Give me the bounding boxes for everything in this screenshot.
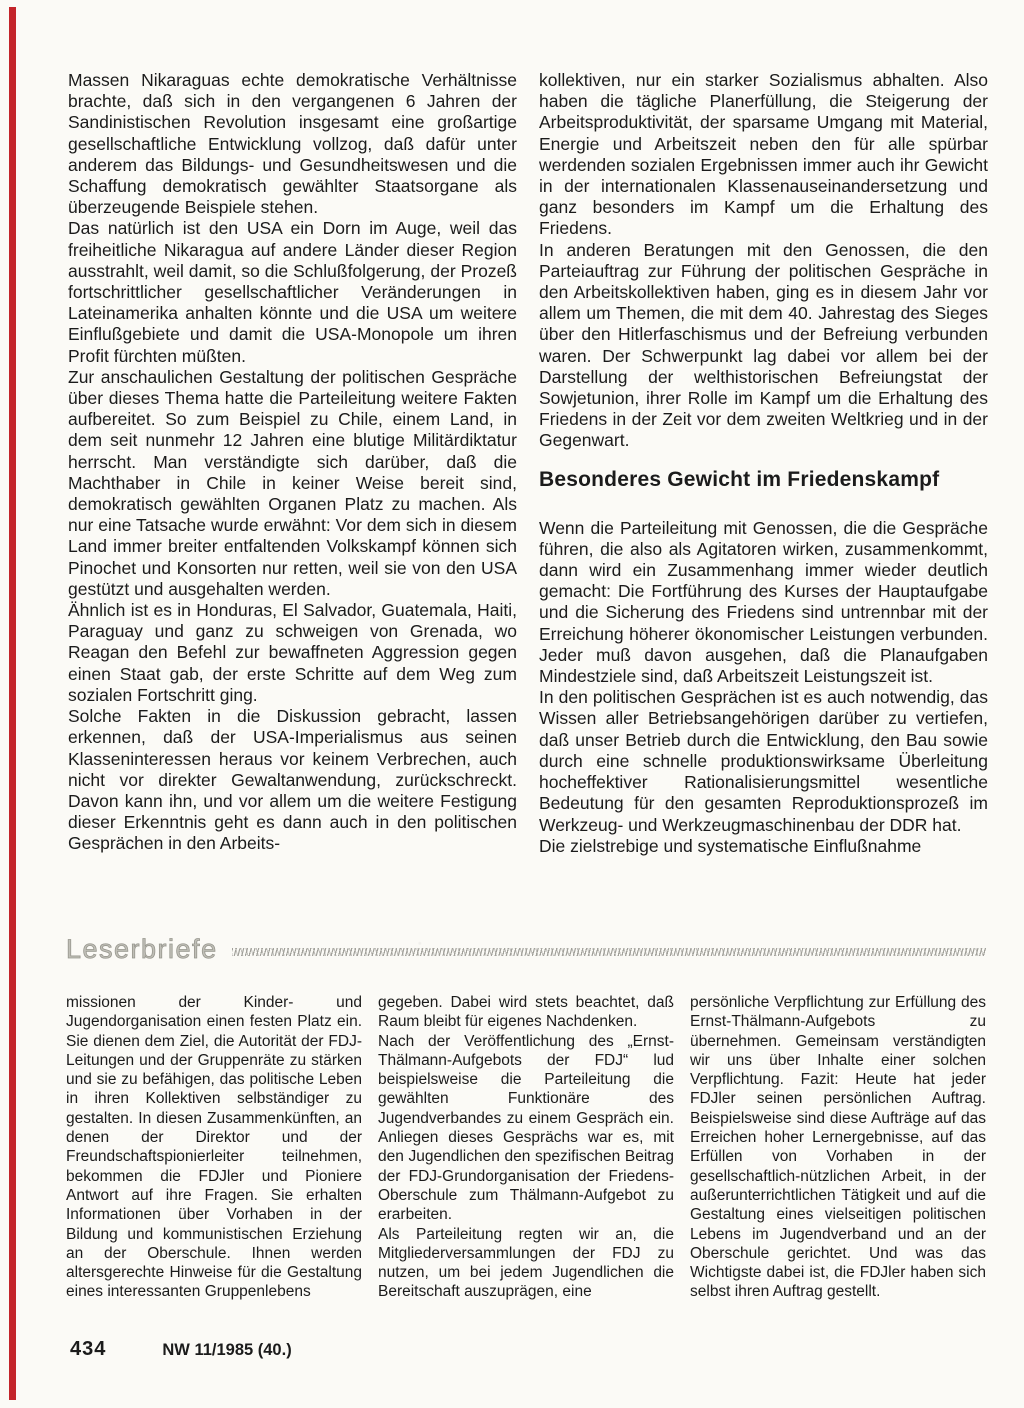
leserbriefe-title: Leserbriefe — [66, 934, 218, 964]
article-body: Massen Nikaraguas echte demokratische Ve… — [68, 70, 988, 920]
section-heading: Besonderes Gewicht im Friedenskampf — [539, 468, 988, 492]
article-right-column: kollektiven, nur ein starker Sozialismus… — [539, 70, 988, 920]
article-paragraph: kollektiven, nur ein starker Sozialismus… — [539, 70, 988, 240]
article-paragraph: Ähnlich ist es in Honduras, El Salvador,… — [68, 600, 517, 706]
page-number: 434 — [70, 1338, 106, 1361]
letter-paragraph: missionen der Kinder- und Jugendorganisa… — [66, 993, 362, 1302]
article-paragraph: In anderen Beratungen mit den Genossen, … — [539, 240, 988, 452]
article-paragraph: Die zielstrebige und systematische Einfl… — [539, 836, 988, 857]
article-paragraph: Solche Fakten in die Diskussion gebracht… — [68, 706, 517, 854]
red-edge-stripe — [9, 7, 16, 1400]
letter-paragraph: gegeben. Dabei wird stets beachtet, daß … — [378, 993, 674, 1032]
scanned-journal-page: { "page": { "background_color": "#fbfaf6… — [0, 0, 1024, 1408]
leserbriefe-body: missionen der Kinder- und Jugendorganisa… — [66, 993, 986, 1335]
article-left-column: Massen Nikaraguas echte demokratische Ve… — [68, 70, 517, 920]
letter-column-1: missionen der Kinder- und Jugendorganisa… — [66, 993, 362, 1335]
article-paragraph: Das natürlich ist den USA ein Dorn im Au… — [68, 218, 517, 366]
leserbriefe-section-header: Leserbriefe — [66, 934, 986, 964]
article-paragraph: In den politischen Gesprächen ist es auc… — [539, 687, 988, 835]
page-footer: 434 NW 11/1985 (40.) — [70, 1338, 292, 1361]
article-paragraph: Wenn die Parteileitung mit Genossen, die… — [539, 518, 988, 688]
issue-label: NW 11/1985 (40.) — [162, 1341, 291, 1360]
letter-paragraph: Als Parteileitung regten wir an, die Mit… — [378, 1225, 674, 1302]
letter-paragraph: persönliche Verpflichtung zur Erfüllung … — [690, 993, 986, 1302]
decorative-wavy-rule — [232, 948, 986, 956]
letter-column-2: gegeben. Dabei wird stets beachtet, daß … — [378, 993, 674, 1335]
article-paragraph: Massen Nikaraguas echte demokratische Ve… — [68, 70, 517, 218]
letter-column-3: persönliche Verpflichtung zur Erfüllung … — [690, 993, 986, 1335]
article-paragraph: Zur anschaulichen Gestaltung der politis… — [68, 367, 517, 600]
letter-paragraph: Nach der Veröffentlichung des „Ernst-Thä… — [378, 1032, 674, 1225]
